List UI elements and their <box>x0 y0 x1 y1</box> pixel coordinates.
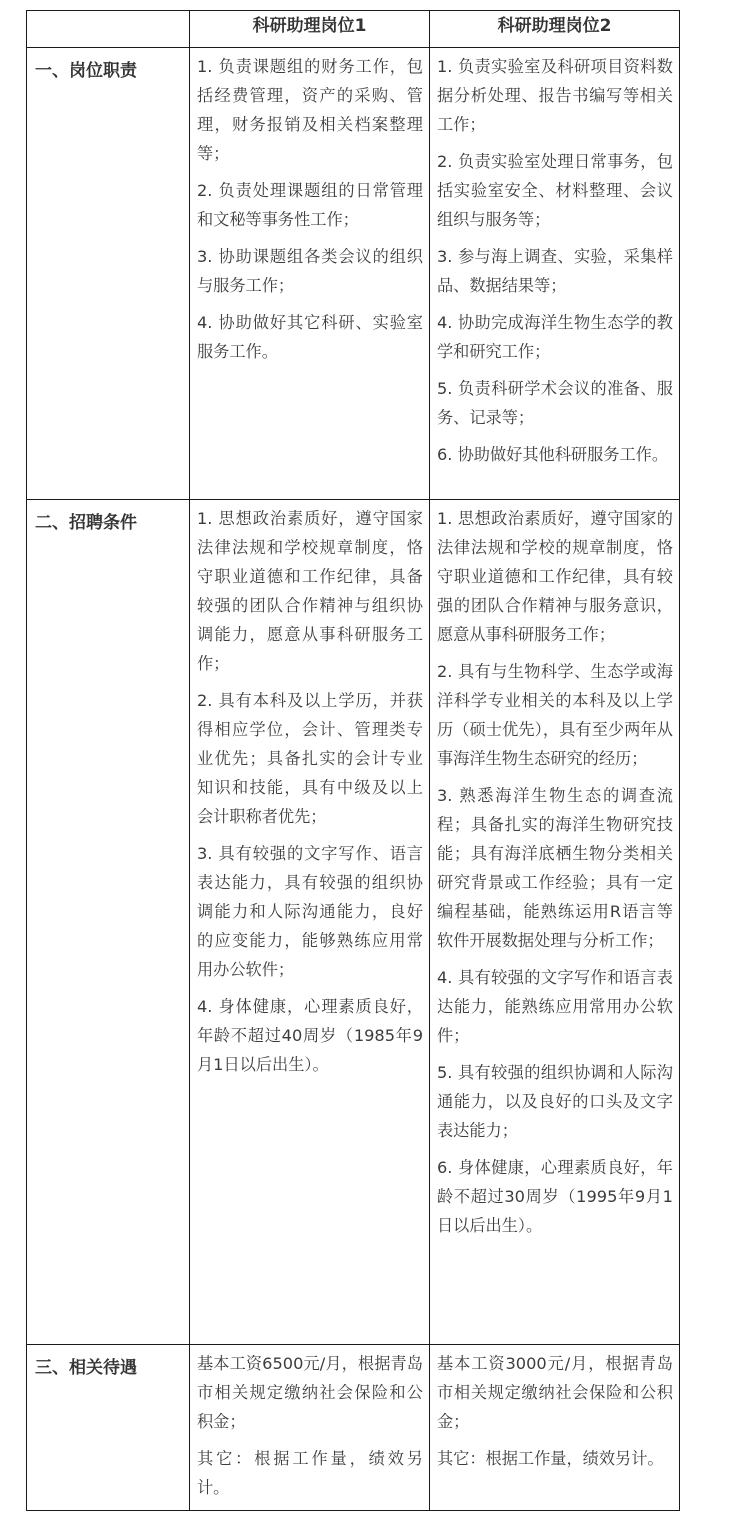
list-item: 2. 具有与生物科学、生态学或海洋科学专业相关的本科及以上学历（硕士优先），具有… <box>437 657 673 773</box>
job-comparison-table: 科研助理岗位1 科研助理岗位2 一、岗位职责 1. 负责课题组的财务工作，包括经… <box>26 10 680 1511</box>
list-item: 4. 身体健康，心理素质良好，年龄不超过40周岁（1985年9月1日以后出生）。 <box>197 992 423 1079</box>
header-corner <box>27 11 190 48</box>
list-item: 2. 负责实验室处理日常事务，包括实验室安全、材料整理、会议组织与服务等； <box>437 147 673 234</box>
benefits-position-1: 基本工资6500元/月，根据青岛市相关规定缴纳社会保险和公积金； 其它：根据工作… <box>190 1345 430 1511</box>
duties-position-1: 1. 负责课题组的财务工作，包括经费管理，资产的采购、管理，财务报销及相关档案整… <box>190 48 430 500</box>
row-label-benefits: 三、相关待遇 <box>27 1345 190 1511</box>
row-benefits: 三、相关待遇 基本工资6500元/月，根据青岛市相关规定缴纳社会保险和公积金； … <box>27 1345 680 1511</box>
row-duties: 一、岗位职责 1. 负责课题组的财务工作，包括经费管理，资产的采购、管理，财务报… <box>27 48 680 500</box>
list-item: 基本工资6500元/月，根据青岛市相关规定缴纳社会保险和公积金； <box>197 1349 423 1436</box>
header-row: 科研助理岗位1 科研助理岗位2 <box>27 11 680 48</box>
list-item: 基本工资3000元/月，根据青岛市相关规定缴纳社会保险和公积金； <box>437 1349 673 1436</box>
header-position-2: 科研助理岗位2 <box>430 11 680 48</box>
row-label-requirements: 二、招聘条件 <box>27 500 190 1345</box>
list-item: 1. 思想政治素质好，遵守国家的法律法规和学校的规章制度，恪守职业道德和工作纪律… <box>437 504 673 649</box>
list-item: 1. 思想政治素质好，遵守国家法律法规和学校规章制度，恪守职业道德和工作纪律，具… <box>197 504 423 678</box>
list-item: 1. 负责实验室及科研项目资料数据分析处理、报告书编写等相关工作； <box>437 52 673 139</box>
header-position-1: 科研助理岗位1 <box>190 11 430 48</box>
list-item: 其它：根据工作量，绩效另计。 <box>437 1444 673 1473</box>
row-label-duties: 一、岗位职责 <box>27 48 190 500</box>
list-item: 6. 协助做好其他科研服务工作。 <box>437 440 673 469</box>
duties-position-2: 1. 负责实验室及科研项目资料数据分析处理、报告书编写等相关工作； 2. 负责实… <box>430 48 680 500</box>
list-item: 6. 身体健康，心理素质良好，年龄不超过30周岁（1995年9月1日以后出生）。 <box>437 1153 673 1240</box>
list-item: 1. 负责课题组的财务工作，包括经费管理，资产的采购、管理，财务报销及相关档案整… <box>197 52 423 168</box>
list-item: 2. 负责处理课题组的日常管理和文秘等事务性工作； <box>197 176 423 234</box>
list-item: 4. 协助完成海洋生物生态学的教学和研究工作； <box>437 308 673 366</box>
list-item: 5. 负责科研学术会议的准备、服务、记录等； <box>437 374 673 432</box>
requirements-position-2: 1. 思想政治素质好，遵守国家的法律法规和学校的规章制度，恪守职业道德和工作纪律… <box>430 500 680 1345</box>
list-item: 2. 具有本科及以上学历，并获得相应学位，会计、管理类专业优先；具备扎实的会计专… <box>197 686 423 831</box>
list-item: 其它：根据工作量，绩效另计。 <box>197 1444 423 1502</box>
row-requirements: 二、招聘条件 1. 思想政治素质好，遵守国家法律法规和学校规章制度，恪守职业道德… <box>27 500 680 1345</box>
benefits-position-2: 基本工资3000元/月，根据青岛市相关规定缴纳社会保险和公积金； 其它：根据工作… <box>430 1345 680 1511</box>
list-item: 4. 具有较强的文字写作和语言表达能力，能熟练应用常用办公软件； <box>437 963 673 1050</box>
list-item: 3. 熟悉海洋生物生态的调查流程；具备扎实的海洋生物研究技能；具有海洋底栖生物分… <box>437 781 673 955</box>
list-item: 5. 具有较强的组织协调和人际沟通能力，以及良好的口头及文字表达能力； <box>437 1058 673 1145</box>
list-item: 3. 参与海上调查、实验，采集样品、数据结果等； <box>437 242 673 300</box>
list-item: 4. 协助做好其它科研、实验室服务工作。 <box>197 308 423 366</box>
list-item: 3. 具有较强的文字写作、语言表达能力，具有较强的组织协调能力和人际沟通能力，良… <box>197 839 423 984</box>
requirements-position-1: 1. 思想政治素质好，遵守国家法律法规和学校规章制度，恪守职业道德和工作纪律，具… <box>190 500 430 1345</box>
list-item: 3. 协助课题组各类会议的组织与服务工作； <box>197 242 423 300</box>
